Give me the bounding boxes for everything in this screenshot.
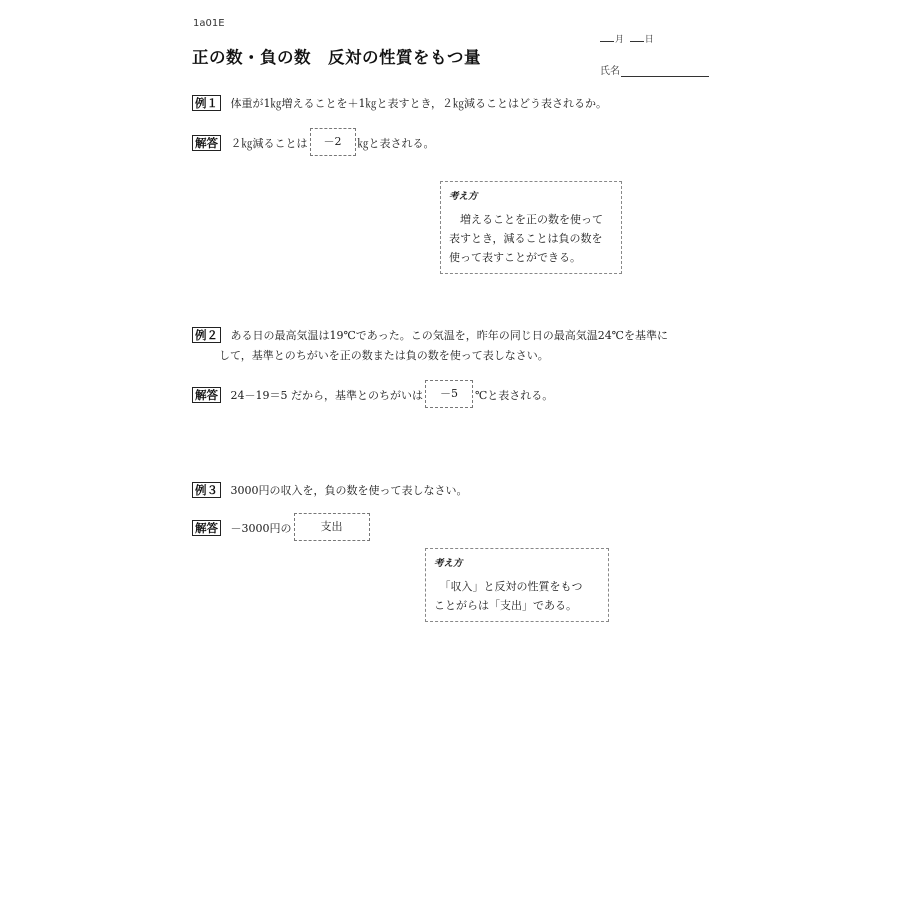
answer-3-box: 支出 bbox=[294, 513, 370, 541]
name-blank[interactable] bbox=[621, 65, 709, 77]
example-3-answer: 解答 －3000円の支出 bbox=[192, 517, 372, 541]
answer-3-prefix: －3000円の bbox=[231, 522, 292, 535]
answer-3-tag: 解答 bbox=[192, 520, 221, 536]
answer-2-box: －5 bbox=[425, 380, 473, 408]
example-1-tag: 例１ bbox=[192, 95, 221, 111]
answer-1-suffix: ㎏と表される。 bbox=[358, 137, 435, 150]
month-blank[interactable] bbox=[600, 41, 614, 42]
month-label: 月 bbox=[615, 35, 624, 45]
name-label: 氏名 bbox=[600, 66, 620, 77]
hint-1-line: 表すとき，減ることは負の数を bbox=[449, 229, 613, 248]
day-label: 日 bbox=[645, 35, 654, 45]
example-2-text-line1: ある日の最高気温は19℃であった。この気温を，昨年の同じ日の最高気温24℃を基準… bbox=[231, 329, 669, 342]
answer-2-suffix: ℃と表される。 bbox=[475, 389, 553, 402]
example-2-tag: 例２ bbox=[192, 327, 221, 343]
answer-1-box: －2 bbox=[310, 128, 356, 156]
name-field: 氏名 bbox=[600, 62, 709, 77]
example-1-answer: 解答 ２㎏減ることは－2㎏と表される。 bbox=[192, 132, 435, 156]
example-3-question: 例３ 3000円の収入を，負の数を使って表しなさい。 bbox=[192, 481, 468, 501]
date-field: 月 日 bbox=[600, 32, 654, 45]
day-blank[interactable] bbox=[630, 41, 644, 42]
hint-1-line: 増えることを正の数を使って bbox=[449, 210, 613, 229]
worksheet-code: 1a01E bbox=[193, 18, 225, 29]
example-1-text: 体重が1㎏増えることを＋1㎏と表すとき，２㎏減ることはどう表されるか。 bbox=[231, 97, 608, 110]
hint-1-line: 使って表すことができる。 bbox=[449, 248, 613, 267]
hint-3-heading: 考え方 bbox=[434, 555, 600, 569]
example-2-text-line2: して，基準とのちがいを正の数または負の数を使って表しなさい。 bbox=[219, 346, 549, 366]
answer-2-tag: 解答 bbox=[192, 387, 221, 403]
answer-2-prefix: 24－19＝5 だから，基準とのちがいは bbox=[231, 389, 424, 402]
answer-1-prefix: ２㎏減ることは bbox=[231, 137, 308, 150]
answer-1-tag: 解答 bbox=[192, 135, 221, 151]
example-2-question: 例２ ある日の最高気温は19℃であった。この気温を，昨年の同じ日の最高気温24℃… bbox=[192, 326, 668, 346]
example-3-text: 3000円の収入を，負の数を使って表しなさい。 bbox=[231, 484, 468, 497]
example-3-tag: 例３ bbox=[192, 482, 221, 498]
hint-box-1: 考え方 増えることを正の数を使って 表すとき，減ることは負の数を 使って表すこと… bbox=[440, 181, 622, 274]
example-2-answer: 解答 24－19＝5 だから，基準とのちがいは－5℃と表される。 bbox=[192, 384, 553, 408]
hint-1-heading: 考え方 bbox=[449, 188, 613, 202]
hint-3-line: ことがらは「支出」である。 bbox=[434, 596, 600, 615]
hint-3-line: 「収入」と反対の性質をもつ bbox=[434, 577, 600, 596]
hint-box-3: 考え方 「収入」と反対の性質をもつ ことがらは「支出」である。 bbox=[425, 548, 609, 622]
example-1-question: 例１ 体重が1㎏増えることを＋1㎏と表すとき，２㎏減ることはどう表されるか。 bbox=[192, 94, 607, 114]
page-title: 正の数・負の数 反対の性質をもつ量 bbox=[192, 44, 481, 68]
